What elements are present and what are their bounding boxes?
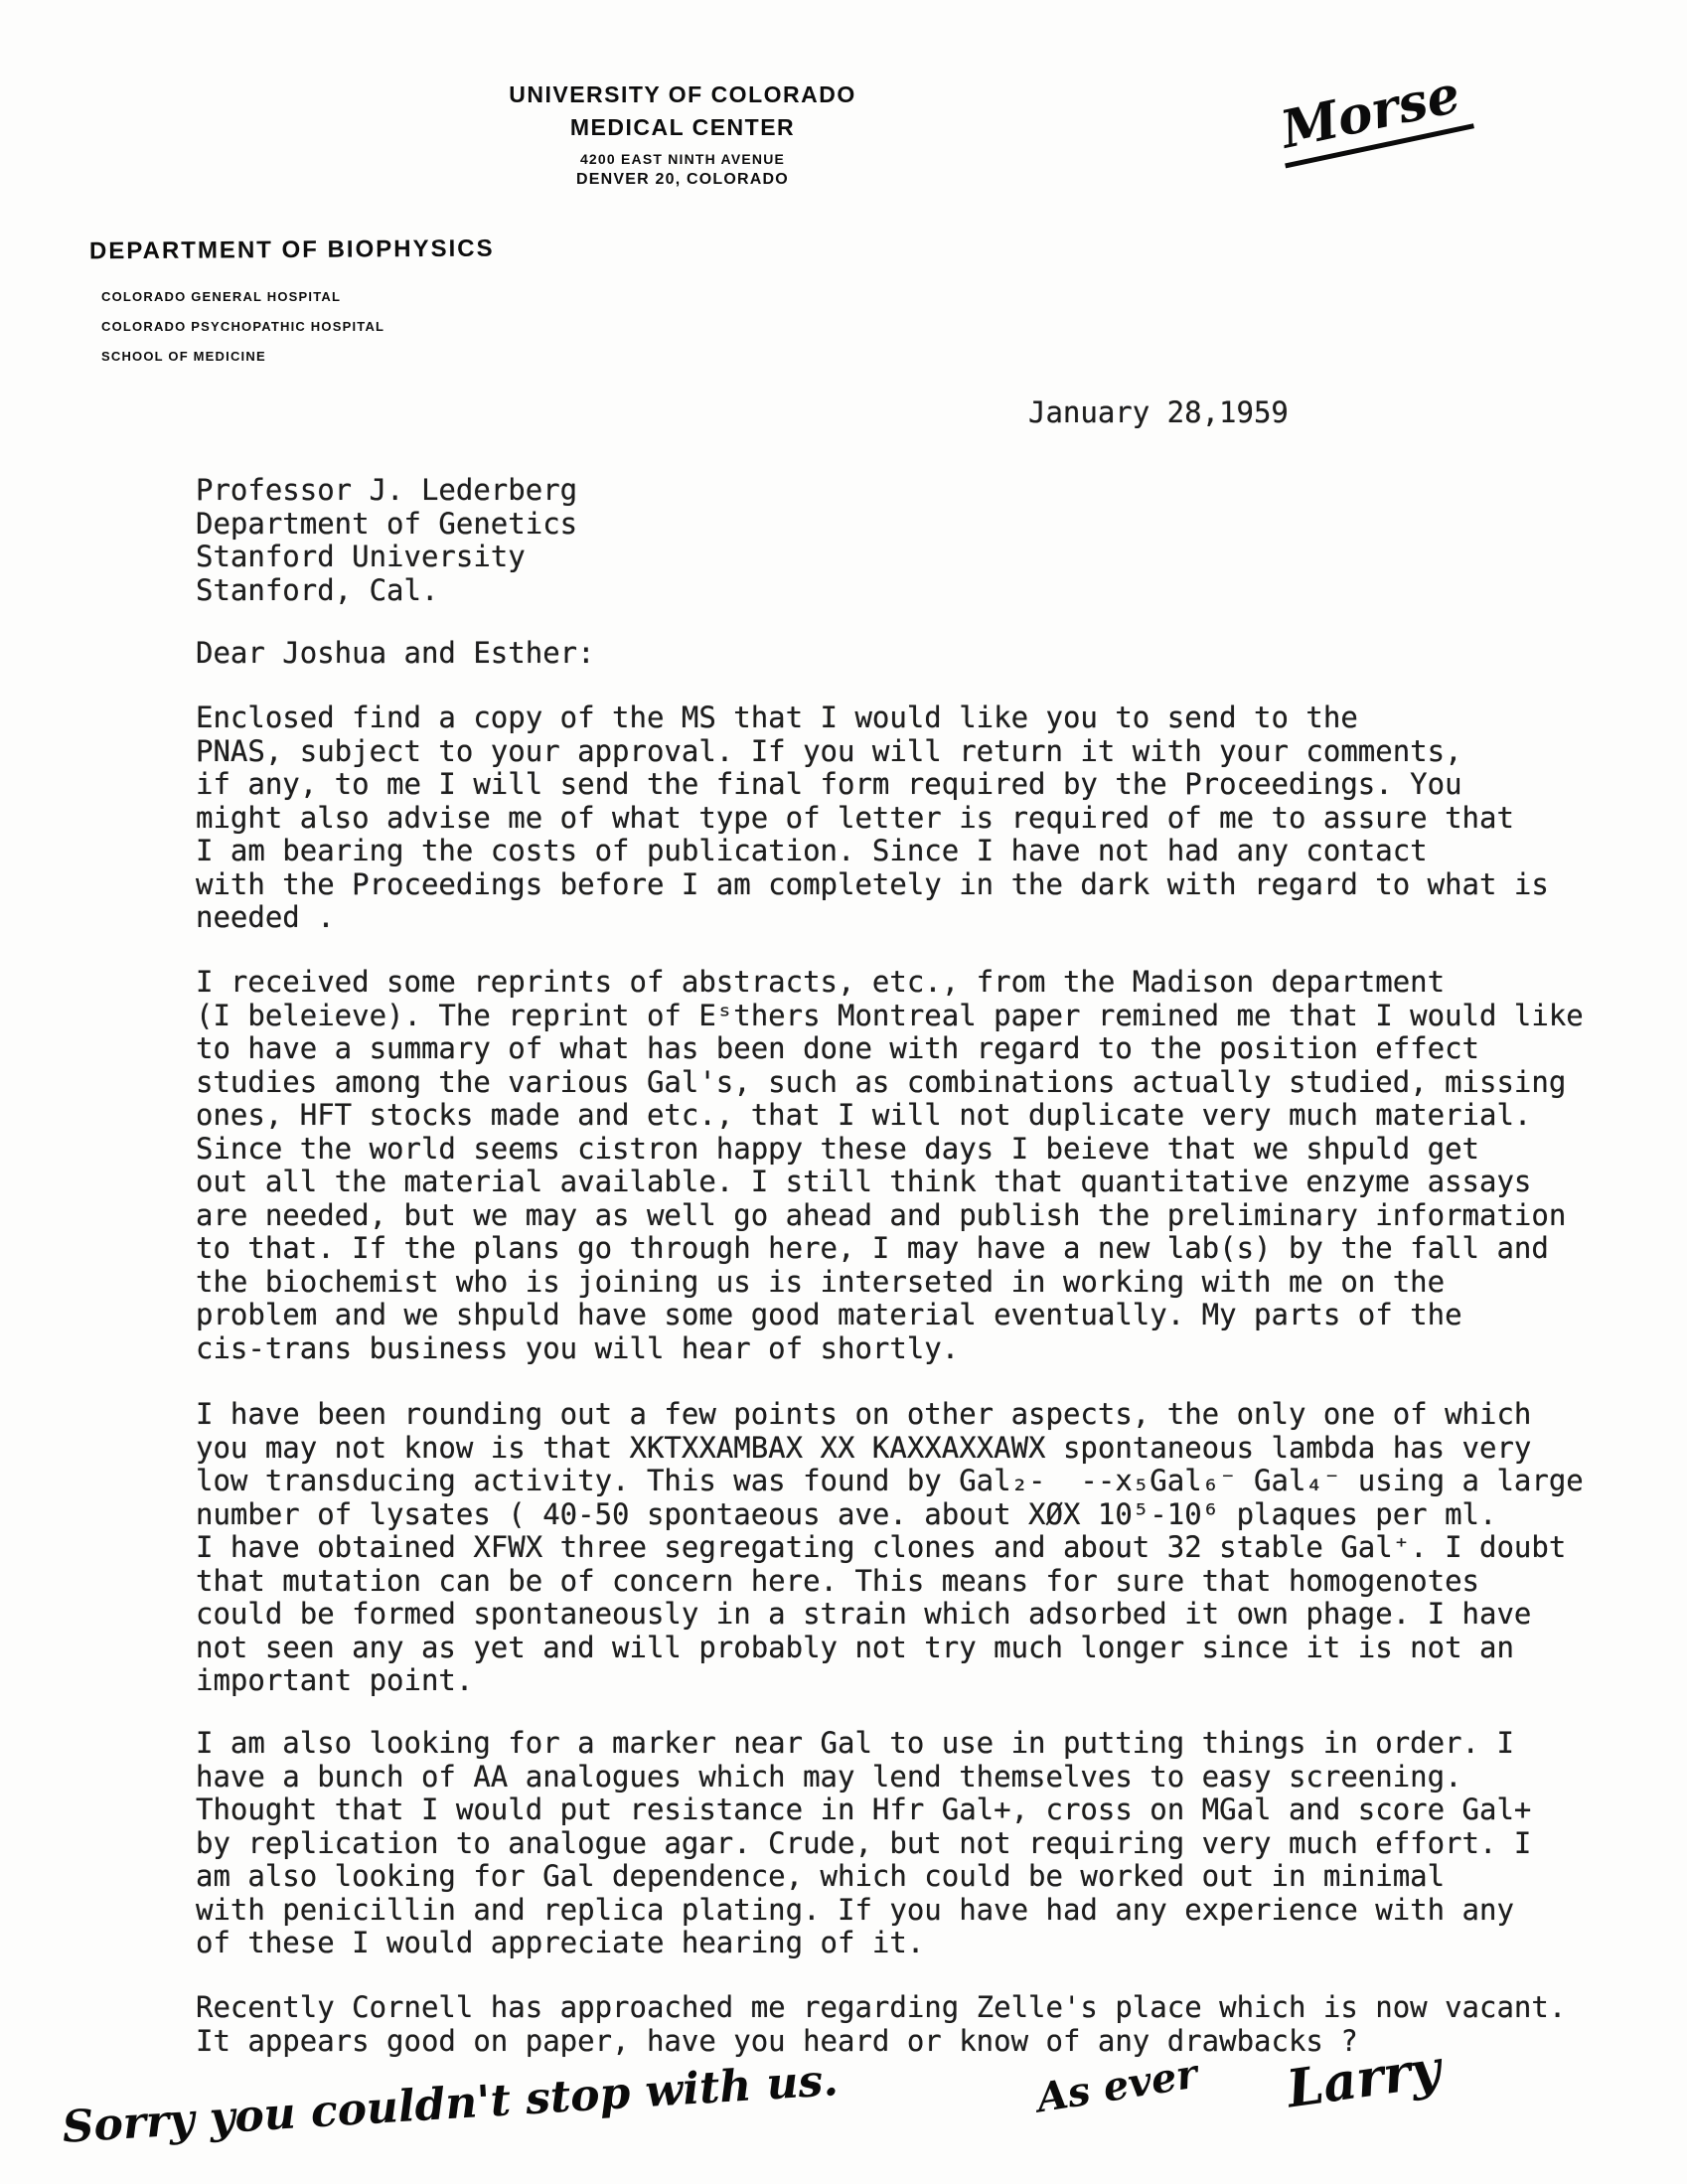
city-address: DENVER 20, COLORADO	[394, 172, 971, 188]
affiliation-line: COLORADO PSYCHOPATHIC HOSPITAL	[101, 320, 384, 333]
body-paragraph-5: Recently Cornell has approached me regar…	[196, 1991, 1666, 2058]
date-line: January 28,1959	[1028, 396, 1289, 430]
handwritten-closing: As ever	[1033, 2051, 1200, 2122]
body-paragraph-2: I received some reprints of abstracts, e…	[196, 966, 1666, 1365]
handwritten-note: Sorry you couldn't stop with us.	[61, 2055, 840, 2153]
body-paragraph-3: I have been rounding out a few points on…	[196, 1398, 1676, 1698]
department-name: DEPARTMENT OF BIOPHYSICS	[89, 237, 495, 264]
affiliation-line: COLORADO GENERAL HOSPITAL	[101, 290, 384, 303]
university-name: UNIVERSITY OF COLORADO	[394, 83, 971, 106]
salutation: Dear Joshua and Esther:	[196, 637, 595, 671]
affiliation-line: SCHOOL OF MEDICINE	[101, 350, 384, 363]
handwritten-morse-annotation: Morse	[1272, 63, 1474, 169]
affiliation-list: COLORADO GENERAL HOSPITAL COLORADO PSYCH…	[101, 290, 384, 380]
body-paragraph-4: I am also looking for a marker near Gal …	[196, 1727, 1666, 1960]
medical-center-name: MEDICAL CENTER	[394, 116, 971, 139]
letter-page: UNIVERSITY OF COLORADO MEDICAL CENTER 42…	[0, 0, 1687, 2184]
street-address: 4200 EAST NINTH AVENUE	[394, 152, 971, 166]
body-paragraph-1: Enclosed find a copy of the MS that I wo…	[196, 702, 1666, 935]
letterhead: UNIVERSITY OF COLORADO MEDICAL CENTER 42…	[394, 83, 971, 188]
recipient-address: Professor J. Lederberg Department of Gen…	[196, 474, 577, 607]
